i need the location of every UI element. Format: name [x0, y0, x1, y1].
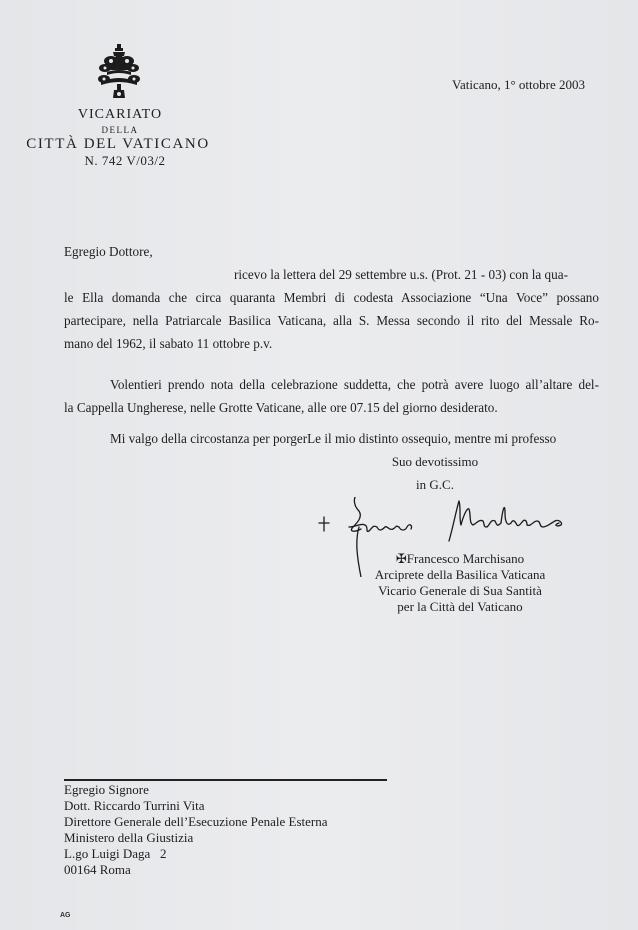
paragraph-line: la Cappella Ungherese, nelle Grotte Vati… [64, 396, 498, 419]
recipient-line: Direttore Generale dell’Esecuzione Penal… [64, 814, 327, 830]
recipient-line: Ministero della Giustizia [64, 830, 327, 846]
paragraph-line: Mi valgo della circostanza per porgerLe … [110, 427, 556, 450]
address-divider [64, 779, 387, 781]
signatory-title-vicario: Vicario Generale di Sua Santità [330, 583, 590, 599]
recipient-line: Dott. Riccardo Turrini Vita [64, 798, 327, 814]
paragraph-line: partecipare, nella Patriarcale Basilica … [64, 309, 599, 332]
closing-devotissimo: Suo devotissimo [370, 454, 500, 470]
letter-date: Vaticano, 1° ottobre 2003 [452, 77, 585, 93]
paragraph-line: le Ella domanda che circa quaranta Membr… [64, 286, 599, 309]
paragraph-line: mano del 1962, il sabato 11 ottobre p.v. [64, 332, 272, 355]
recipient-line: 00164 Roma [64, 862, 327, 878]
signatory-name: ✠Francesco Marchisano [330, 551, 590, 567]
footer-initials: AG [60, 912, 71, 919]
letter-page: VICARIATO DELLA CITTÀ DEL VATICANO N. 74… [0, 0, 638, 930]
recipient-line: L.go Luigi Daga 2 [64, 846, 327, 862]
paragraph-line: Volentieri prendo nota della celebrazion… [110, 373, 599, 396]
letterhead-della: DELLA [60, 125, 180, 135]
paragraph-line: ricevo la lettera del 29 settembre u.s. … [234, 263, 568, 286]
recipient-address: Egregio Signore Dott. Riccardo Turrini V… [64, 782, 327, 878]
closing-in-gc: in G.C. [370, 477, 500, 493]
salutation: Egregio Dottore, [64, 240, 153, 263]
signatory-title-citta: per la Città del Vaticano [330, 599, 590, 615]
signatory-title-arciprete: Arciprete della Basilica Vaticana [330, 567, 590, 583]
papal-emblem-icon [95, 44, 143, 100]
protocol-number: N. 742 V/03/2 [70, 153, 180, 169]
letterhead-vicariato: VICARIATO [60, 107, 180, 123]
recipient-line: Egregio Signore [64, 782, 327, 798]
letterhead-citta-del-vaticano: CITTÀ DEL VATICANO [22, 136, 214, 153]
